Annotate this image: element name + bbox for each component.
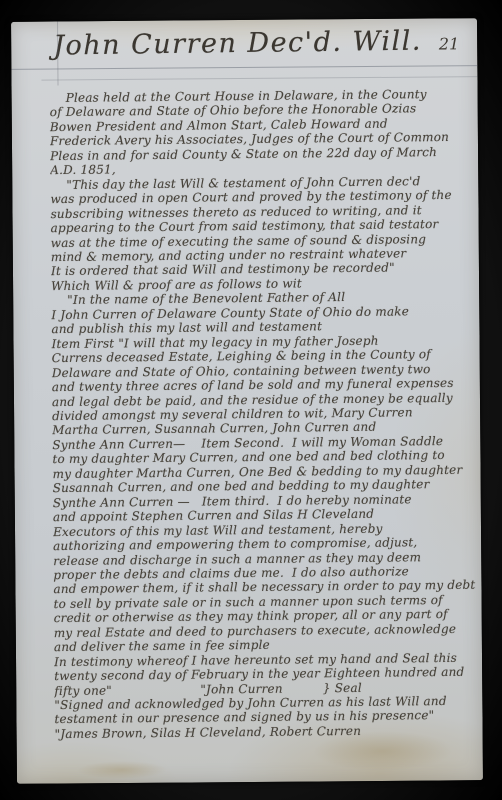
photo-background: John Curren Dec'd. Will. 21 Pleas held a… (0, 0, 502, 800)
header-rule (41, 76, 477, 80)
page-number: 21 (439, 34, 460, 53)
manuscript-page: John Curren Dec'd. Will. 21 Pleas held a… (11, 18, 483, 784)
ledger-header: John Curren Dec'd. Will. 21 (11, 18, 477, 68)
record-title: John Curren Dec'd. Will. (53, 26, 422, 62)
manuscript-body: Pleas held at the Court House in Delawar… (50, 87, 477, 783)
